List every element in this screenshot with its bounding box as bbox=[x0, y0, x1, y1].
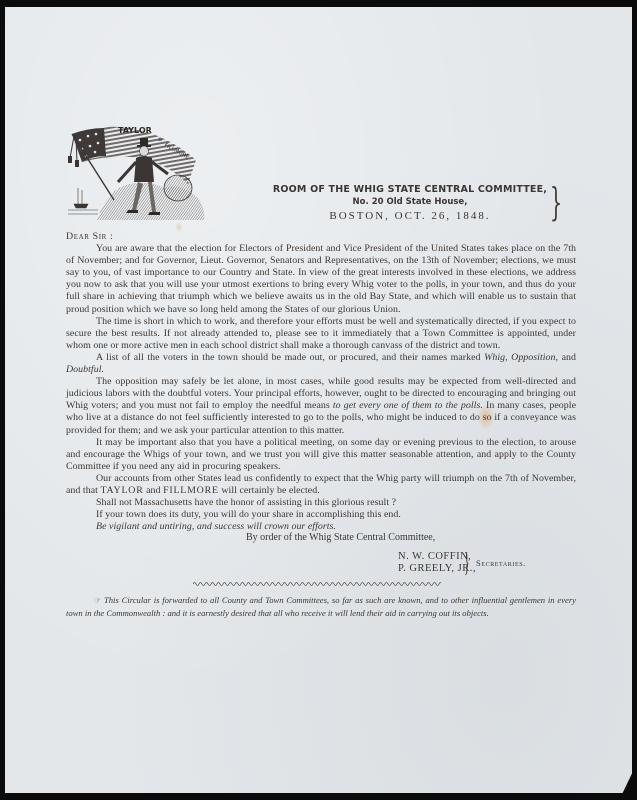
letterhead: ROOM OF THE WHIG STATE CENTRAL COMMITTEE… bbox=[270, 183, 550, 223]
paragraph: The time is short in which to work, and … bbox=[66, 316, 576, 352]
paragraph: The opposition may safely be let alone, … bbox=[66, 376, 576, 436]
heading-committee: ROOM OF THE WHIG STATE CENTRAL COMMITTEE… bbox=[270, 183, 550, 196]
flag-bearer-engraving-icon: TAYLOR & FILLMORE bbox=[68, 122, 210, 222]
paragraph: You are aware that the election for Elec… bbox=[66, 243, 576, 316]
footnote: ☞ This Circular is forwarded to all Coun… bbox=[66, 594, 576, 619]
paragraph: It may be important also that you have a… bbox=[66, 437, 576, 473]
letter-body: Dear Sir : You are aware that the electi… bbox=[66, 231, 576, 533]
brace-ornament: } bbox=[550, 183, 562, 221]
closing-order: By order of the Whig State Central Commi… bbox=[246, 532, 435, 543]
heading-address: No. 20 Old State House, bbox=[270, 196, 550, 209]
paragraph: Our accounts from other States lead us c… bbox=[66, 473, 576, 497]
footnote-text: This Circular is forwarded to all County… bbox=[66, 595, 576, 618]
paragraphs: You are aware that the election for Elec… bbox=[66, 243, 576, 533]
heading-date: BOSTON, OCT. 26, 1848. bbox=[270, 209, 550, 223]
paragraph: If your town does its duty, you will do … bbox=[66, 509, 576, 521]
svg-text:TAYLOR: TAYLOR bbox=[118, 126, 152, 135]
paragraph: Shall not Massachusetts have the honor o… bbox=[66, 497, 576, 509]
signatory-role: Secretaries. bbox=[476, 558, 526, 568]
wavy-rule-divider bbox=[193, 580, 441, 588]
pointing-hand-icon: ☞ bbox=[94, 596, 101, 605]
paragraph: A list of all the voters in the town sho… bbox=[66, 352, 576, 376]
salutation: Dear Sir : bbox=[66, 231, 576, 243]
brace-ornament: } bbox=[464, 551, 470, 575]
svg-text:&: & bbox=[158, 137, 163, 143]
